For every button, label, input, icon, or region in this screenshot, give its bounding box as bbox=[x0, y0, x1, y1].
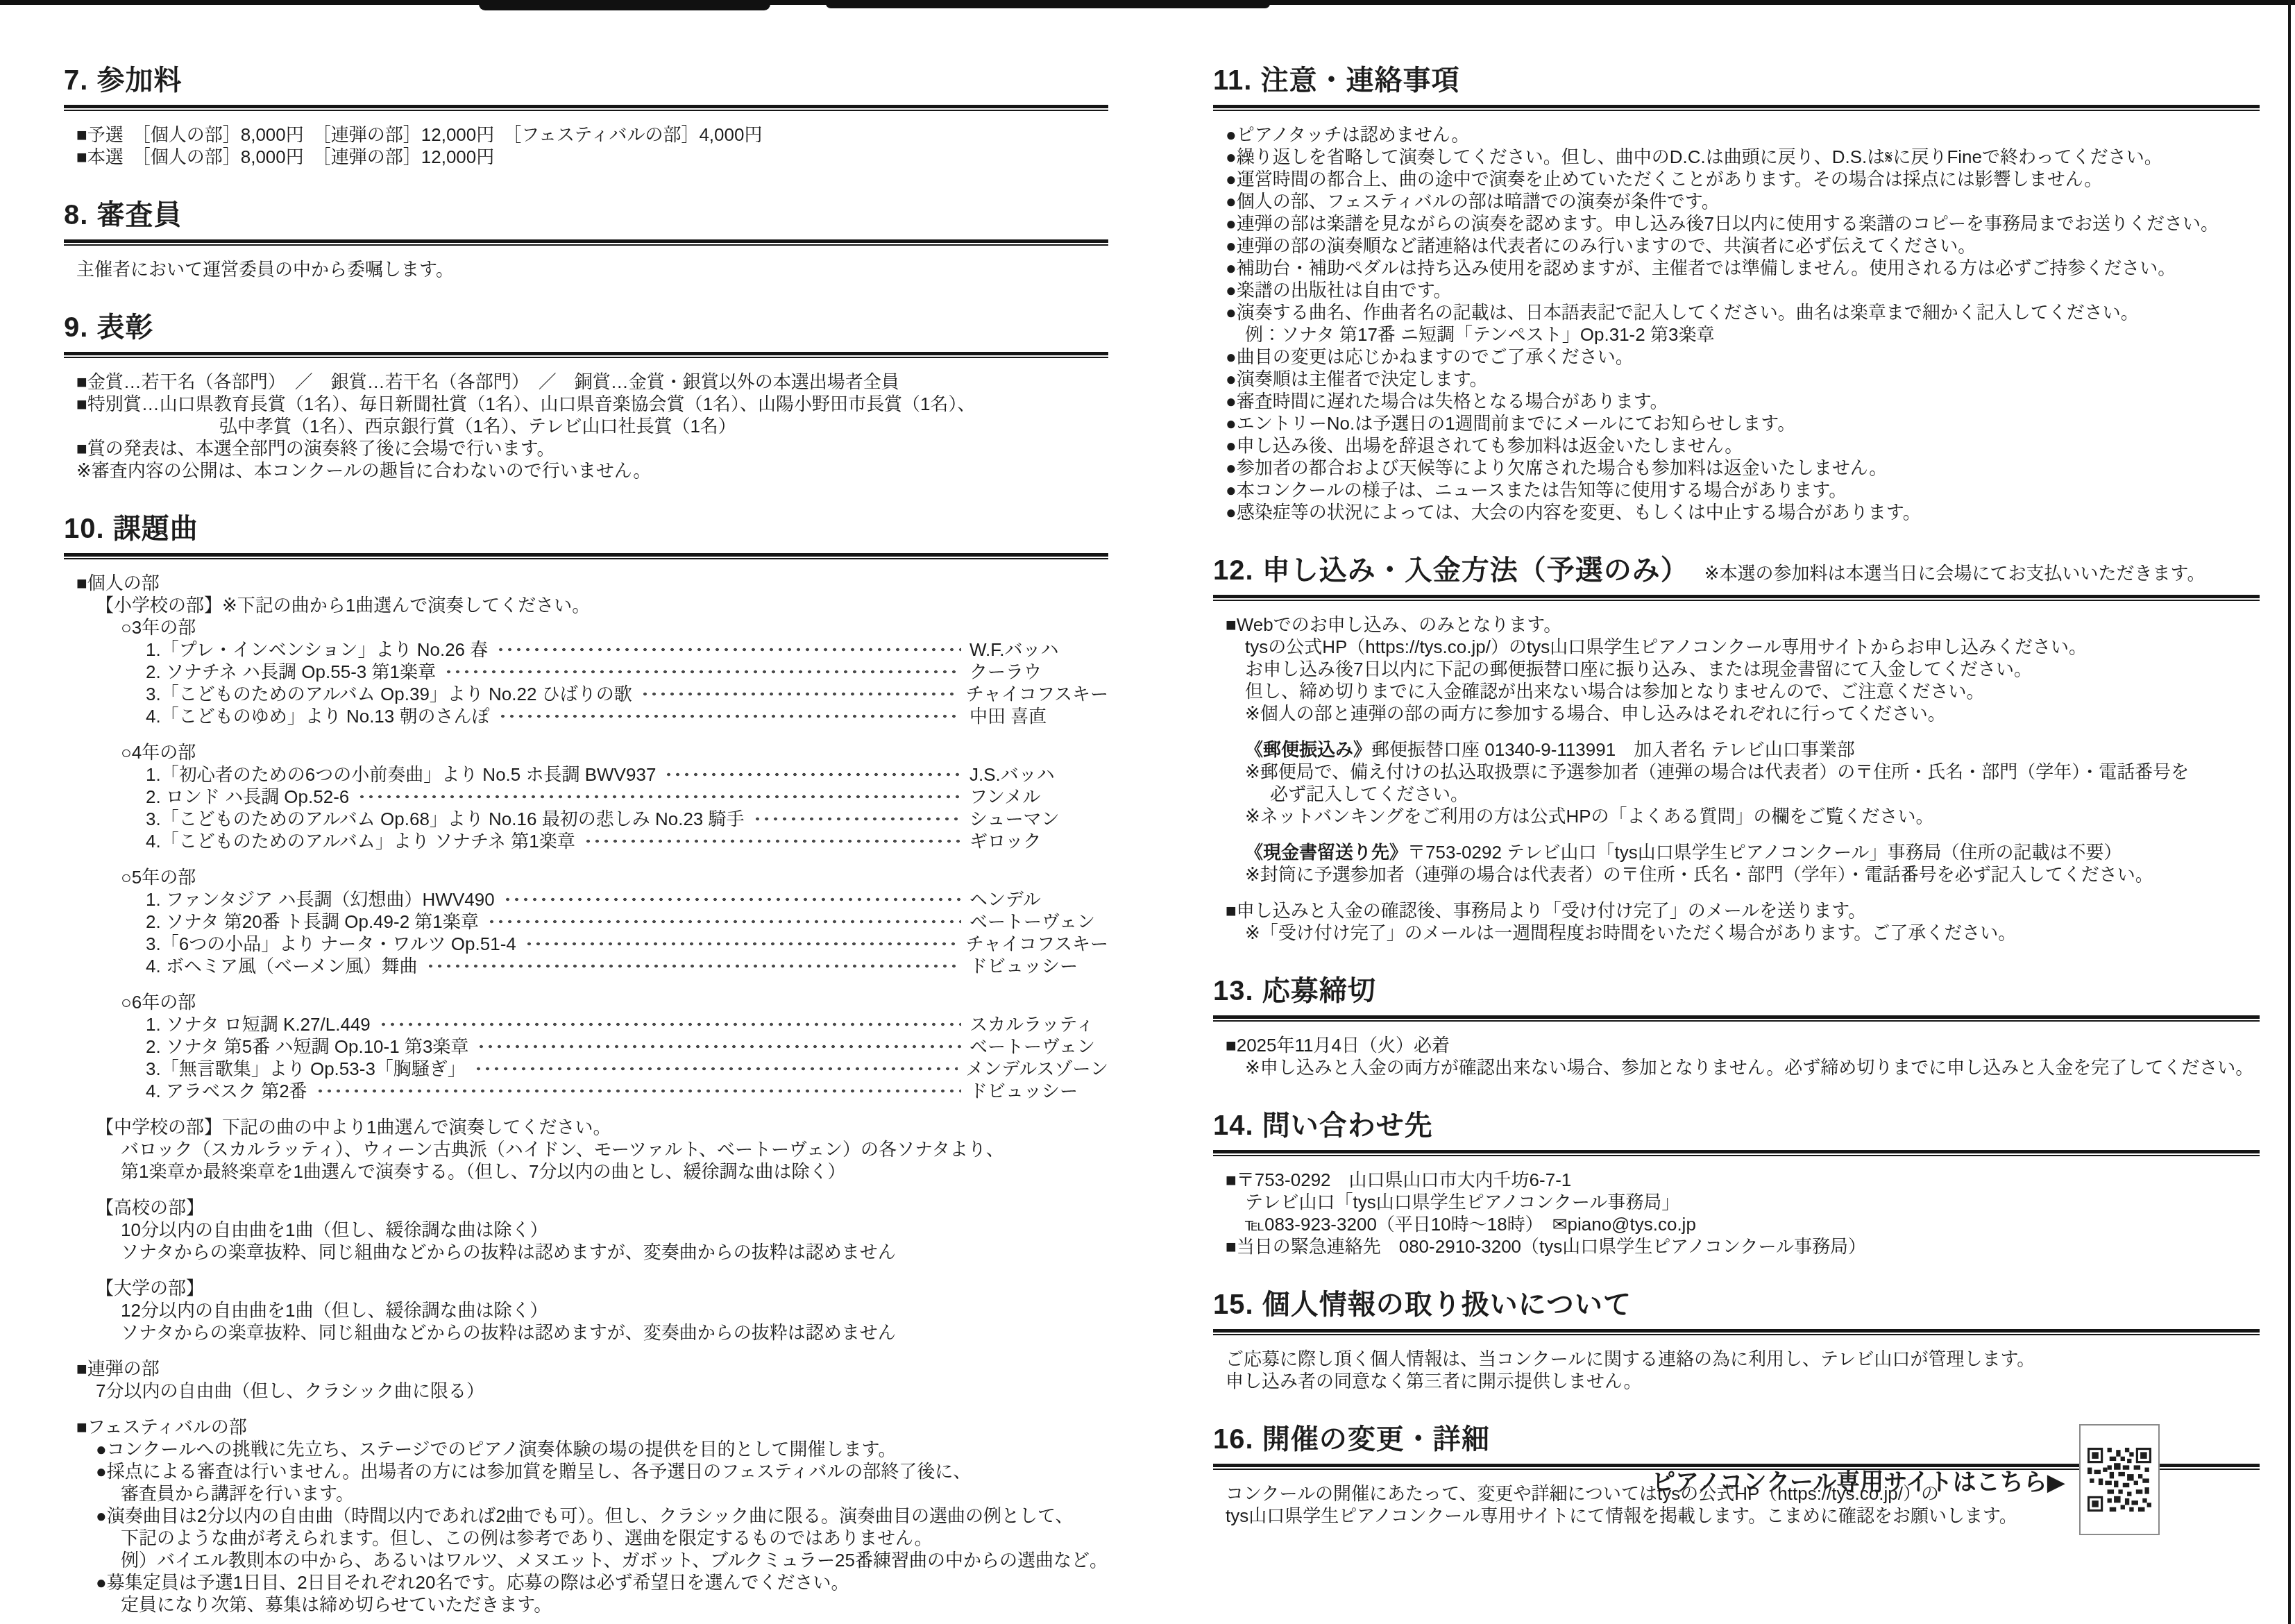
section-title: 11. 注意・連絡事項 bbox=[1213, 65, 1460, 96]
dotted-leader bbox=[426, 962, 961, 970]
piece-line: 2. ソナタ 第5番 ハ短調 Op.10-1 第3楽章ベートーヴェン bbox=[64, 1035, 1108, 1058]
dotted-leader bbox=[503, 895, 961, 904]
text-line: ■申し込みと入金の確認後、事務局より「受け付け完了」のメールを送ります。 bbox=[1213, 899, 2260, 922]
text-line: 申し込み者の同意なく第三者に開示提供しません。 bbox=[1213, 1370, 2260, 1392]
piece-line: 1.「プレ・インベンション」より No.26 春W.F.バッハ bbox=[64, 638, 1108, 661]
piece-composer: チャイコフスキー bbox=[966, 683, 1108, 705]
piece-composer: フンメル bbox=[969, 786, 1108, 808]
text-line: ●繰り返しを省略して演奏してください。但し、曲中のD.C.は曲頭に戻り、D.S.… bbox=[1213, 146, 2260, 168]
piece-line: 4. アラベスク 第2番ドビュッシー bbox=[64, 1080, 1108, 1102]
section-title: 7. 参加料 bbox=[64, 65, 182, 96]
text-line: ●曲目の変更は応じかねますのでご了承ください。 bbox=[1213, 346, 2260, 368]
piece-line: 3.「無言歌集」より Op.53-3「胸騒ぎ」メンデルスゾーン bbox=[64, 1058, 1108, 1080]
text-line: ●感染症等の状況によっては、大会の内容を変更、もしくは中止する場合があります。 bbox=[1213, 501, 2260, 523]
spacer bbox=[64, 852, 1108, 866]
text-line: ■当日の緊急連絡先 080-2910-3200（tys山口県学生ピアノコンクール… bbox=[1213, 1235, 2260, 1258]
text-line: ●本コンクールの様子は、ニュースまたは告知等に使用する場合があります。 bbox=[1213, 479, 2260, 501]
text-line: 弘中孝賞（1名）、西京銀行賞（1名）、テレビ山口社長賞（1名） bbox=[64, 415, 1108, 437]
text-line: 7分以内の自由曲（但し、クラシック曲に限る） bbox=[64, 1380, 1108, 1402]
text-line: ■連弾の部 bbox=[64, 1357, 1108, 1380]
dotted-leader bbox=[641, 690, 958, 698]
dotted-leader bbox=[357, 793, 961, 801]
text-line: ●演奏曲目は2分以内の自由曲（時間以内であれば2曲でも可）。但し、クラシック曲に… bbox=[64, 1505, 1108, 1527]
section-heading: 15. 個人情報の取り扱いについて bbox=[1213, 1283, 2260, 1333]
piece-line: 2. ロンド ハ長調 Op.52-6フンメル bbox=[64, 786, 1108, 808]
text-line: 下記のような曲が考えられます。但し、この例は参考であり、選曲を限定するものではあ… bbox=[64, 1527, 1108, 1549]
text-line: ■〒753-0292 山口県山口市大内千坊6-7-1 bbox=[1213, 1169, 2260, 1191]
piece-title: 2. ロンド ハ長調 Op.52-6 bbox=[146, 786, 349, 808]
left-column: 7. 参加料■予選 ［個人の部］8,000円 ［連弾の部］12,000円 ［フェ… bbox=[64, 58, 1108, 1616]
text-line-body: 〒753-0292 テレビ山口「tys山口県学生ピアノコンクール」事務局（住所の… bbox=[1407, 842, 2122, 863]
piece-composer: ドビュッシー bbox=[969, 1080, 1108, 1102]
text-line: ソナタからの楽章抜粋、同じ組曲などからの抜粋は認めますが、変奏曲からの抜粋は認め… bbox=[64, 1321, 1108, 1344]
piece-line: 1. ファンタジア ハ長調（幻想曲）HWV490ヘンデル bbox=[64, 888, 1108, 911]
piece-title: 2. ソナタ 第20番 ト長調 Op.49-2 第1楽章 bbox=[146, 911, 479, 933]
spacer bbox=[64, 1402, 1108, 1416]
text-line: 10分以内の自由曲を1曲（但し、緩徐調な曲は除く） bbox=[64, 1219, 1108, 1241]
text-line: ■Webでのお申し込み、のみとなります。 bbox=[1213, 614, 2260, 636]
piece-title: 3.「こどものためのアルバム Op.39」より No.22 ひばりの歌 bbox=[146, 683, 632, 705]
text-line: お申し込み後7日以内に下記の郵便振替口座に振り込み、または現金書留にて入金してく… bbox=[1213, 658, 2260, 680]
qr-code bbox=[2079, 1424, 2160, 1535]
section-title: 15. 個人情報の取り扱いについて bbox=[1213, 1289, 1632, 1320]
dotted-leader bbox=[487, 917, 961, 926]
bold-label: 《郵便振込み》 bbox=[1245, 739, 1371, 760]
section-title: 16. 開催の変更・詳細 bbox=[1213, 1424, 1490, 1455]
text-line: 必ず記入してください。 bbox=[1213, 783, 2260, 805]
piece-line: 2. ソナチネ ハ長調 Op.55-3 第1楽章クーラウ bbox=[64, 661, 1108, 683]
section-heading: 12. 申し込み・入金方法（予選のみ）※本選の参加料は本選当日に会場にてお支払い… bbox=[1213, 548, 2260, 598]
section-heading: 9. 表彰 bbox=[64, 305, 1108, 355]
dotted-leader bbox=[584, 837, 961, 845]
piece-title: 4. アラベスク 第2番 bbox=[146, 1080, 307, 1102]
text-line-body: 郵便振替口座 01340-9-113991 加入者名 テレビ山口事業部 bbox=[1371, 739, 1855, 760]
text-line: 12分以内の自由曲を1曲（但し、緩徐調な曲は除く） bbox=[64, 1299, 1108, 1321]
piece-composer: ドビュッシー bbox=[969, 955, 1108, 977]
section-heading: 14. 問い合わせ先 bbox=[1213, 1103, 2260, 1153]
piece-composer: スカルラッティ bbox=[969, 1013, 1108, 1035]
text-line: 【中学校の部】下記の曲の中より1曲選んで演奏してください。 bbox=[64, 1116, 1108, 1138]
text-line: ●参加者の都合および天候等により欠席された場合も参加料は返金いたしません。 bbox=[1213, 457, 2260, 479]
spacer bbox=[64, 1344, 1108, 1357]
scan-edge-top bbox=[0, 0, 2295, 5]
piece-title: 3.「6つの小品」より ナータ・ワルツ Op.51-4 bbox=[146, 933, 516, 955]
text-line: 第1楽章か最終楽章を1曲選んで演奏する。（但し、7分以内の曲とし、緩徐調な曲は除… bbox=[64, 1160, 1108, 1183]
text-line: ●申し込み後、出場を辞退されても参加料は返金いたしません。 bbox=[1213, 434, 2260, 457]
piece-title: 2. ソナタ 第5番 ハ短調 Op.10-1 第3楽章 bbox=[146, 1035, 468, 1058]
dotted-leader bbox=[664, 770, 961, 779]
dotted-leader bbox=[753, 815, 961, 823]
text-line: 【大学の部】 bbox=[64, 1277, 1108, 1299]
piece-line: 4. ボヘミア風（ベーメン風）舞曲ドビュッシー bbox=[64, 955, 1108, 977]
text-line: 審査員から講評を行います。 bbox=[64, 1482, 1108, 1505]
dotted-leader bbox=[474, 1065, 958, 1073]
piece-line: 3.「6つの小品」より ナータ・ワルツ Op.51-4チャイコフスキー bbox=[64, 933, 1108, 955]
piece-line: 1.「初心者のための6つの小前奏曲」より No.5 ホ長調 BWV937J.S.… bbox=[64, 763, 1108, 786]
piece-title: 3.「無言歌集」より Op.53-3「胸騒ぎ」 bbox=[146, 1058, 466, 1080]
piece-title: 1.「初心者のための6つの小前奏曲」より No.5 ホ長調 BWV937 bbox=[146, 763, 656, 786]
text-line: ●演奏する曲名、作曲者名の記載は、日本語表記で記入してください。曲名は楽章まで細… bbox=[1213, 301, 2260, 323]
text-line: ■予選 ［個人の部］8,000円 ［連弾の部］12,000円 ［フェスティバルの… bbox=[64, 124, 1108, 146]
text-line: ※封筒に予選参加者（連弾の場合は代表者）の〒住所・氏名・部門（学年）・電話番号を… bbox=[1213, 863, 2260, 886]
piece-composer: ベートーヴェン bbox=[969, 1035, 1108, 1058]
dotted-leader bbox=[379, 1020, 961, 1029]
spacer bbox=[1213, 725, 2260, 738]
text-line: ご応募に際し頂く個人情報は、当コンクールに関する連絡の為に利用し、テレビ山口が管… bbox=[1213, 1348, 2260, 1370]
bold-label: 《現金書留送り先》 bbox=[1245, 842, 1407, 863]
piece-title: 1. ファンタジア ハ長調（幻想曲）HWV490 bbox=[146, 888, 495, 911]
text-line: tysの公式HP（https://tys.co.jp/）のtys山口県学生ピアノ… bbox=[1213, 636, 2260, 658]
section-title: 9. 表彰 bbox=[64, 312, 153, 343]
scan-edge-right bbox=[2288, 0, 2291, 1624]
text-line: ●審査時間に遅れた場合は失格となる場合があります。 bbox=[1213, 390, 2260, 412]
text-line: ■金賞…若干名（各部門） ／ 銀賞…若干名（各部門） ／ 銅賞…金賞・銀賞以外の… bbox=[64, 371, 1108, 393]
text-line: 《現金書留送り先》〒753-0292 テレビ山口「tys山口県学生ピアノコンクー… bbox=[1213, 841, 2260, 863]
spacer bbox=[64, 727, 1108, 741]
text-line: 《郵便振込み》郵便振替口座 01340-9-113991 加入者名 テレビ山口事… bbox=[1213, 738, 2260, 761]
spacer bbox=[64, 1263, 1108, 1277]
piece-composer: メンデルスゾーン bbox=[966, 1058, 1108, 1080]
piece-line: 3.「こどものためのアルバム Op.39」より No.22 ひばりの歌チャイコフ… bbox=[64, 683, 1108, 705]
text-line: ○4年の部 bbox=[64, 741, 1108, 763]
text-line: ●運営時間の都合上、曲の途中で演奏を止めていただくことがあります。その場合は採点… bbox=[1213, 168, 2260, 190]
text-line: ●連弾の部の演奏順など諸連絡は代表者にのみ行いますので、共演者に必ず伝えてくださ… bbox=[1213, 235, 2260, 257]
piece-line: 2. ソナタ 第20番 ト長調 Op.49-2 第1楽章ベートーヴェン bbox=[64, 911, 1108, 933]
text-line: ■本選 ［個人の部］8,000円 ［連弾の部］12,000円 bbox=[64, 146, 1108, 168]
piece-composer: J.S.バッハ bbox=[969, 763, 1108, 786]
text-line: ○6年の部 bbox=[64, 991, 1108, 1013]
piece-line: 4.「こどものゆめ」より No.13 朝のさんぽ中田 喜直 bbox=[64, 705, 1108, 727]
piece-composer: シューマン bbox=[969, 808, 1108, 830]
piece-composer: W.F.バッハ bbox=[969, 638, 1108, 661]
text-line: ●採点による審査は行いません。出場者の方には参加賞を贈呈し、各予選日のフェスティ… bbox=[64, 1460, 1108, 1482]
text-line: ※審査内容の公開は、本コンクールの趣旨に合わないので行いません。 bbox=[64, 459, 1108, 482]
right-column: 11. 注意・連絡事項●ピアノタッチは認めません。●繰り返しを省略して演奏してく… bbox=[1213, 58, 2260, 1527]
text-line: 但し、締め切りまでに入金確認が出来ない場合は参加となりませんので、ご注意ください… bbox=[1213, 680, 2260, 702]
text-line: ※「受け付け完了」のメールは一週間程度お時間をいただく場合があります。ご了承くだ… bbox=[1213, 922, 2260, 944]
piece-title: 1.「プレ・インベンション」より No.26 春 bbox=[146, 638, 488, 661]
text-line: ●ピアノタッチは認めません。 bbox=[1213, 124, 2260, 146]
text-line: 主催者において運営委員の中から委嘱します。 bbox=[64, 258, 1108, 280]
section-title: 10. 課題曲 bbox=[64, 514, 198, 544]
text-line: ●個人の部、フェスティバルの部は暗譜での演奏が条件です。 bbox=[1213, 190, 2260, 212]
piece-composer: ギロック bbox=[969, 830, 1108, 852]
piece-title: 4.「こどものためのアルバム」より ソナチネ 第1楽章 bbox=[146, 830, 575, 852]
piece-composer: ヘンデル bbox=[969, 888, 1108, 911]
spacer bbox=[1213, 827, 2260, 841]
text-line: ●補助台・補助ペダルは持ち込み使用を認めますが、主催者では準備しません。使用され… bbox=[1213, 257, 2260, 279]
piece-composer: 中田 喜直 bbox=[969, 705, 1108, 727]
piece-title: 4.「こどものゆめ」より No.13 朝のさんぽ bbox=[146, 705, 490, 727]
text-line: ■特別賞…山口県教育長賞（1名）、毎日新聞社賞（1名）、山口県音楽協会賞（1名）… bbox=[64, 393, 1108, 415]
spacer bbox=[64, 977, 1108, 991]
piece-composer: クーラウ bbox=[969, 661, 1108, 683]
text-line: ○3年の部 bbox=[64, 616, 1108, 638]
piece-title: 1. ソナタ ロ短調 K.27/L.449 bbox=[146, 1013, 371, 1035]
text-line: ※郵便局で、備え付けの払込取扱票に予選参加者（連弾の場合は代表者）の〒住所・氏名… bbox=[1213, 761, 2260, 783]
qr-label: ピアノコンクール専用サイトはこちら▶ bbox=[1652, 1463, 2079, 1497]
piece-title: 4. ボヘミア風（ベーメン風）舞曲 bbox=[146, 955, 418, 977]
text-line: ■賞の発表は、本選全部門の演奏終了後に会場で行います。 bbox=[64, 437, 1108, 459]
dotted-leader bbox=[496, 645, 961, 654]
text-line: バロック（スカルラッティ）、ウィーン古典派（ハイドン、モーツァルト、ベートーヴェ… bbox=[64, 1138, 1108, 1160]
piece-title: 3.「こどものためのアルバム Op.68」より No.16 最初の悲しみ No.… bbox=[146, 808, 745, 830]
section-heading: 13. 応募締切 bbox=[1213, 969, 2260, 1019]
spacer bbox=[64, 1183, 1108, 1196]
text-line: ※申し込みと入金の両方が確認出来ない場合、参加となりません。必ず締め切りまでに申… bbox=[1213, 1056, 2260, 1079]
dotted-leader bbox=[525, 940, 958, 948]
dotted-leader bbox=[444, 668, 961, 676]
section-heading: 8. 審査員 bbox=[64, 193, 1108, 243]
text-line: ■個人の部 bbox=[64, 572, 1108, 594]
section-heading: 7. 参加料 bbox=[64, 58, 1108, 108]
section-title: 12. 申し込み・入金方法（予選のみ） bbox=[1213, 555, 1689, 586]
text-line: 定員になり次第、募集は締め切らせていただきます。 bbox=[64, 1593, 1108, 1616]
spacer bbox=[1213, 886, 2260, 899]
piece-composer: ベートーヴェン bbox=[969, 911, 1108, 933]
text-line: ●コンクールへの挑戦に先立ち、ステージでのピアノ演奏体験の場の提供を目的として開… bbox=[64, 1438, 1108, 1460]
section-heading: 10. 課題曲 bbox=[64, 507, 1108, 557]
dotted-leader bbox=[316, 1087, 961, 1095]
section-heading-note: ※本選の参加料は本選当日に会場にてお支払いいただきます。 bbox=[1704, 563, 2205, 584]
text-line: 例：ソナタ 第17番 ニ短調「テンペスト」Op.31-2 第3楽章 bbox=[1213, 323, 2260, 346]
text-line: ○5年の部 bbox=[64, 866, 1108, 888]
text-line: 【小学校の部】※下記の曲から1曲選んで演奏してください。 bbox=[64, 594, 1108, 616]
text-line: ●演奏順は主催者で決定します。 bbox=[1213, 368, 2260, 390]
text-line: ●連弾の部は楽譜を見ながらの演奏を認めます。申し込み後7日以内に使用する楽譜のコ… bbox=[1213, 212, 2260, 235]
section-heading: 11. 注意・連絡事項 bbox=[1213, 58, 2260, 108]
text-line: ℡083-923-3200（平日10時～18時） ✉piano@tys.co.j… bbox=[1213, 1213, 2260, 1235]
text-line: 例）バイエル教則本の中から、あるいはワルツ、メヌエット、ガボット、ブルクミュラー… bbox=[64, 1549, 1108, 1571]
piece-title: 2. ソナチネ ハ長調 Op.55-3 第1楽章 bbox=[146, 661, 436, 683]
piece-line: 3.「こどものためのアルバム Op.68」より No.16 最初の悲しみ No.… bbox=[64, 808, 1108, 830]
piece-line: 4.「こどものためのアルバム」より ソナチネ 第1楽章ギロック bbox=[64, 830, 1108, 852]
section-title: 13. 応募締切 bbox=[1213, 976, 1376, 1006]
section-title: 14. 問い合わせ先 bbox=[1213, 1110, 1433, 1141]
text-line: ■2025年11月4日（火）必着 bbox=[1213, 1034, 2260, 1056]
text-line: ●エントリーNo.は予選日の1週間前までにメールにてお知らせします。 bbox=[1213, 412, 2260, 434]
piece-line: 1. ソナタ ロ短調 K.27/L.449スカルラッティ bbox=[64, 1013, 1108, 1035]
qr-block: ピアノコンクール専用サイトはこちら▶ bbox=[1652, 1424, 2096, 1535]
piece-composer: チャイコフスキー bbox=[966, 933, 1108, 955]
dotted-leader bbox=[477, 1042, 961, 1051]
text-line: 【高校の部】 bbox=[64, 1196, 1108, 1219]
spacer bbox=[64, 1102, 1108, 1116]
text-line: テレビ山口「tys山口県学生ピアノコンクール事務局」 bbox=[1213, 1191, 2260, 1213]
text-line: ※ネットバンキングをご利用の方は公式HPの「よくある質問」の欄をご覧ください。 bbox=[1213, 805, 2260, 827]
text-line: ソナタからの楽章抜粋、同じ組曲などからの抜粋は認めますが、変奏曲からの抜粋は認め… bbox=[64, 1241, 1108, 1263]
text-line: ●楽譜の出版社は自由です。 bbox=[1213, 279, 2260, 301]
dotted-leader bbox=[498, 712, 961, 720]
document-page: 7. 参加料■予選 ［個人の部］8,000円 ［連弾の部］12,000円 ［フェ… bbox=[0, 0, 2295, 1624]
text-line: ●募集定員は予選1日目、2日目それぞれ20名です。応募の際は必ず希望日を選んでく… bbox=[64, 1571, 1108, 1593]
text-line: ※個人の部と連弾の部の両方に参加する場合、申し込みはそれぞれに行ってください。 bbox=[1213, 702, 2260, 725]
text-line: ■フェスティバルの部 bbox=[64, 1416, 1108, 1438]
section-title: 8. 審査員 bbox=[64, 200, 182, 230]
